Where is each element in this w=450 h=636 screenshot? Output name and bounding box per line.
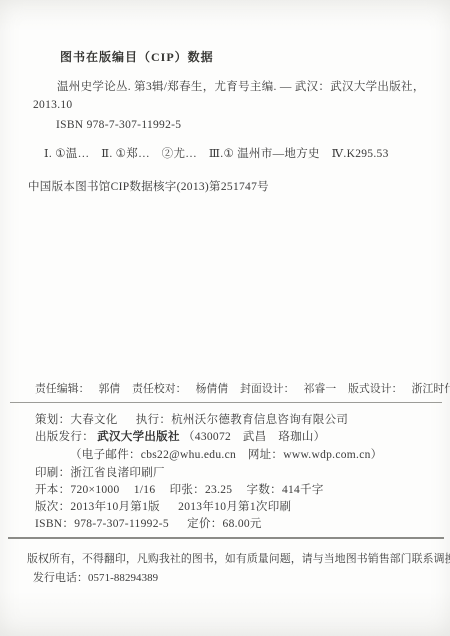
publisher-address: （430072 武昌 珞珈山） <box>183 431 326 443</box>
credit-proofreader-label: 责任校对： <box>132 383 186 395</box>
isbn-value: ISBN：978-7-307-11992-5 <box>35 518 169 530</box>
cip-heading: 图书在版编目（CIP）数据 <box>60 50 214 64</box>
cip-classification-line: Ⅰ. ①温… Ⅱ. ①郑… ②尤… Ⅲ.① 温州市—地方史 Ⅳ.K295.53 <box>44 148 389 162</box>
edition-printing: 2013年10月第1次印刷 <box>178 501 291 513</box>
distribution-phone: 发行电话：0571-88294389 <box>33 572 158 585</box>
credit-editor-label: 责任编辑： <box>35 383 89 395</box>
book-copyright-page: 图书在版编目（CIP）数据 温州史学论丛. 第3辑/郑春生，尤育号主编. — 武… <box>0 0 450 636</box>
credit-layout-design: 版式设计：浙江时代出版有限公司 <box>348 383 450 395</box>
credit-cover-design-value: 祁睿一 <box>304 383 337 395</box>
credit-cover-design-label: 封面设计： <box>240 383 294 395</box>
format-line: 开本：720×1000 1/16 印张：23.25 字数：414千字 <box>35 484 324 498</box>
planning-part: 策划：大春文化 <box>35 414 118 426</box>
credit-cover-design: 封面设计：祁睿一 <box>240 383 336 395</box>
price-value: 定价：68.00元 <box>187 518 262 530</box>
cip-record-line: 中国版本图书馆CIP数据核字(2013)第251747号 <box>28 181 269 195</box>
cip-title-line: 温州史学论丛. 第3辑/郑春生，尤育号主编. — 武汉：武汉大学出版社， <box>57 81 425 95</box>
cip-isbn-line: ISBN 978-7-307-11992-5 <box>56 119 181 133</box>
contact-line: （电子邮件：cbs22@whu.edu.cn 网址：www.wdp.com.cn… <box>70 449 382 463</box>
edition-line: 版次：2013年10月第1版 2013年10月第1次印刷 <box>35 501 291 515</box>
format-wordcount: 字数：414千字 <box>247 484 324 496</box>
format-size: 开本：720×1000 <box>35 484 120 496</box>
format-sheets: 印张：23.25 <box>170 484 233 496</box>
credit-layout-design-value: 浙江时代出版有限公司 <box>412 383 450 395</box>
credit-editor-value: 郭倩 <box>98 383 120 395</box>
credit-proofreader-value: 杨倩倩 <box>196 383 229 395</box>
credits-row: 责任编辑：郭倩 责任校对：杨倩倩 封面设计：祁睿一 版式设计：浙江时代出版有限公… <box>35 383 450 396</box>
planning-line: 策划：大春文化 执行：杭州沃尔德教育信息咨询有限公司 <box>35 414 348 428</box>
divider-top <box>10 402 442 403</box>
publisher-label: 出版发行： <box>35 431 94 443</box>
printer-line: 印刷：浙江省良渚印刷厂 <box>35 467 165 481</box>
copyright-notice: 版权所有，不得翻印，凡购我社的图书，如有质量问题，请与当地图书销售部门联系调换。 <box>27 553 450 566</box>
credit-layout-design-label: 版式设计： <box>348 383 402 395</box>
executor-part: 执行：杭州沃尔德教育信息咨询有限公司 <box>136 414 348 426</box>
cip-year-line: 2013.10 <box>33 99 72 113</box>
publisher-name: 武汉大学出版社 <box>97 431 180 443</box>
credit-proofreader: 责任校对：杨倩倩 <box>132 383 228 395</box>
publisher-line: 出版发行： 武汉大学出版社 （430072 武昌 珞珈山） <box>35 431 325 445</box>
divider-bottom <box>8 537 444 539</box>
format-fraction: 1/16 <box>134 484 156 496</box>
isbn-price-line: ISBN：978-7-307-11992-5 定价：68.00元 <box>35 518 262 532</box>
edition-version: 版次：2013年10月第1版 <box>35 501 160 513</box>
credit-editor: 责任编辑：郭倩 <box>35 383 120 395</box>
